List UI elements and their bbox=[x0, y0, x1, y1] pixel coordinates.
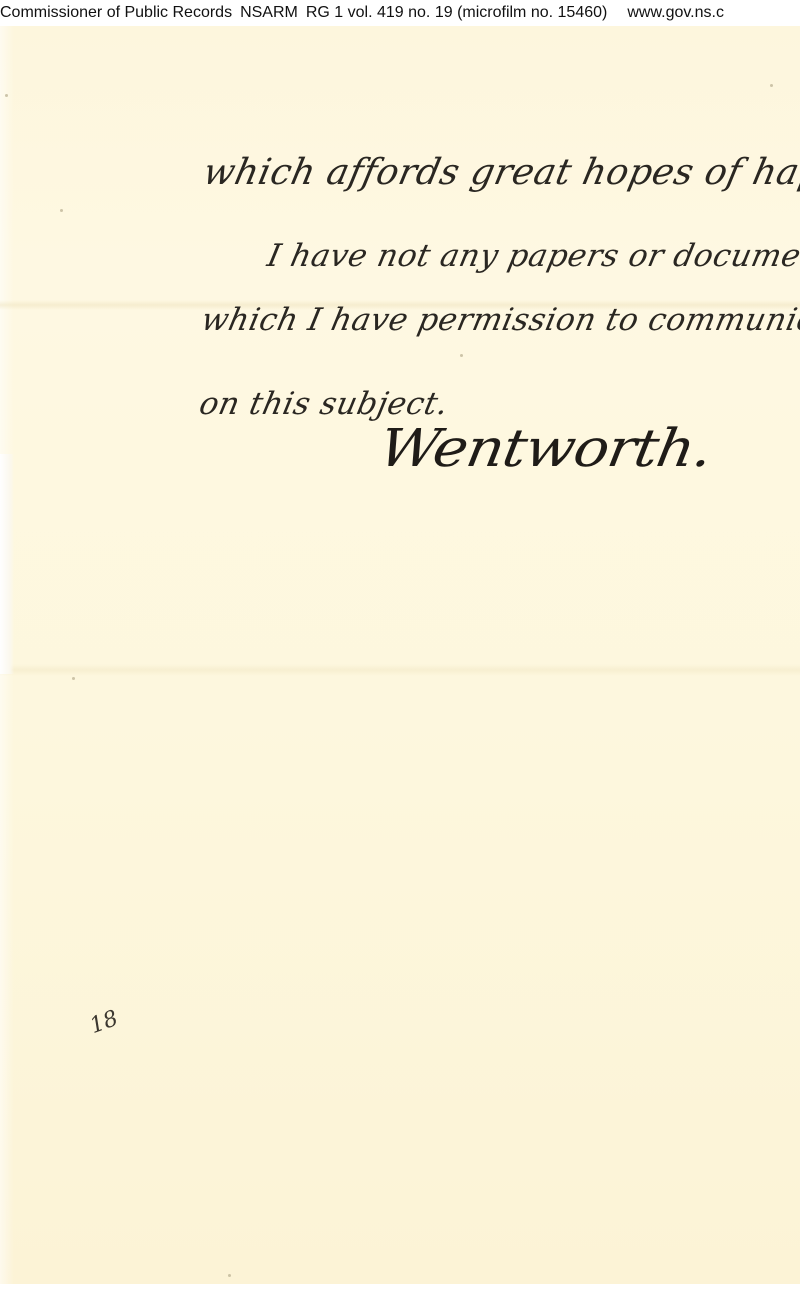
paper-fold-line-lower bbox=[0, 664, 800, 676]
handwritten-line-2: I have not any papers or documents, bbox=[264, 238, 800, 274]
paper-speck bbox=[770, 84, 773, 87]
signature: Wentworth. bbox=[375, 417, 717, 478]
scan-bottom-margin bbox=[0, 1284, 800, 1314]
paper-speck bbox=[228, 1274, 231, 1277]
caption-source: Commissioner of Public Records bbox=[0, 0, 232, 26]
handwritten-line-1: which affords great hopes of happy succe… bbox=[200, 152, 800, 193]
archive-caption-bar: Commissioner of Public RecordsNSARMRG 1 … bbox=[0, 0, 800, 26]
paper-speck bbox=[72, 677, 75, 680]
paper-torn-edge bbox=[0, 454, 14, 674]
handwritten-line-3: which I have permission to communicate bbox=[198, 302, 800, 338]
caption-website: www.gov.ns.c bbox=[627, 0, 724, 26]
caption-archive: NSARM bbox=[240, 0, 298, 26]
manuscript-page bbox=[0, 24, 800, 1284]
paper-speck bbox=[60, 209, 63, 212]
paper-speck bbox=[460, 354, 463, 357]
paper-speck bbox=[5, 94, 8, 97]
caption-reference: RG 1 vol. 419 no. 19 (microfilm no. 1546… bbox=[306, 0, 607, 26]
